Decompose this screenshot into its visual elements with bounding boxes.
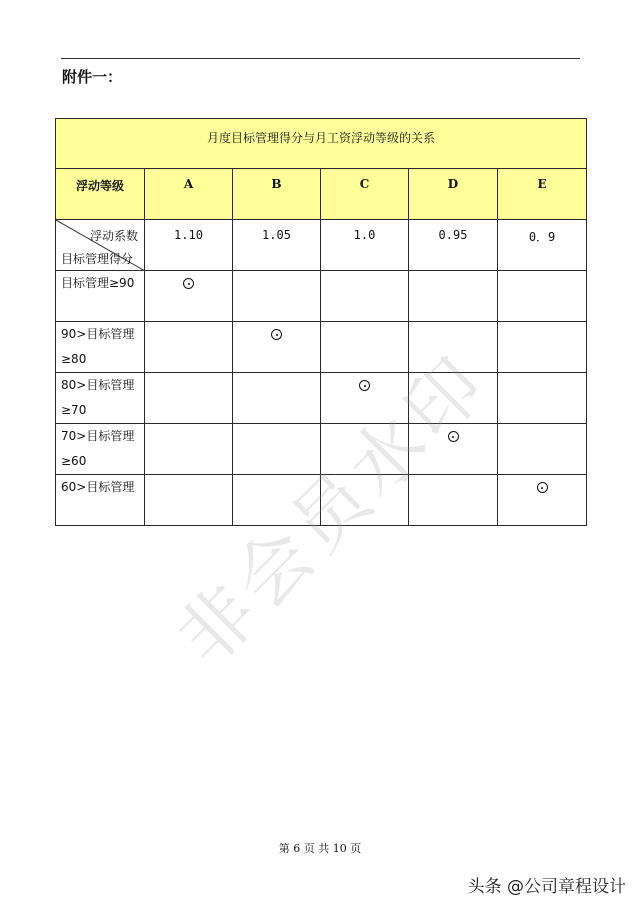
coefficient-value: 0．9 (498, 220, 587, 271)
grade-cell (321, 373, 409, 424)
header-rule (61, 58, 580, 59)
grade-cell (321, 475, 409, 526)
relationship-table: 月度目标管理得分与月工资浮动等级的关系 浮动等级 A B C D E 浮动系数 … (55, 118, 587, 526)
grade-cell (498, 475, 587, 526)
coefficient-value: 1.10 (145, 220, 233, 271)
coefficient-value: 1.05 (233, 220, 321, 271)
grade-cell (145, 271, 233, 322)
source-credit: 头条 @公司章程设计 (468, 872, 626, 897)
diagonal-header-cell: 浮动系数 目标管理得分 (56, 220, 145, 271)
score-range-label: 70>目标管理≥60 (56, 424, 145, 475)
score-row: 目标管理≥90 (56, 271, 587, 322)
grade-header: D (409, 169, 498, 220)
score-range-label: 90>目标管理≥80 (56, 322, 145, 373)
grade-cell (233, 475, 321, 526)
page-footer: 第 6 页 共 10 页 (0, 840, 640, 856)
grade-cell (409, 475, 498, 526)
score-range-label: 目标管理≥90 (56, 271, 145, 322)
grade-cell (409, 424, 498, 475)
grade-cell (321, 271, 409, 322)
attachment-label: 附件一： (62, 66, 122, 87)
grade-cell (321, 424, 409, 475)
grade-header: B (233, 169, 321, 220)
coefficient-value: 1.0 (321, 220, 409, 271)
score-row: 70>目标管理≥60 (56, 424, 587, 475)
grade-header: E (498, 169, 587, 220)
coefficient-value: 0.95 (409, 220, 498, 271)
circled-dot-icon (183, 278, 194, 289)
circled-dot-icon (448, 431, 459, 442)
circled-dot-icon (271, 329, 282, 340)
score-label: 目标管理得分 (61, 250, 133, 267)
grade-cell (233, 373, 321, 424)
grade-cell (498, 373, 587, 424)
grade-header: C (321, 169, 409, 220)
score-range-label: 80>目标管理≥70 (56, 373, 145, 424)
grade-cell (145, 424, 233, 475)
score-row: 60>目标管理 (56, 475, 587, 526)
score-range-label: 60>目标管理 (56, 475, 145, 526)
grade-cell (233, 271, 321, 322)
grade-cell (321, 322, 409, 373)
grade-cell (233, 424, 321, 475)
circled-dot-icon (359, 380, 370, 391)
grade-header-label: 浮动等级 (56, 169, 145, 220)
grade-cell (145, 322, 233, 373)
circled-dot-icon (537, 482, 548, 493)
grade-cell (409, 271, 498, 322)
grade-cell (498, 322, 587, 373)
score-row: 80>目标管理≥70 (56, 373, 587, 424)
grade-header-row: 浮动等级 A B C D E (56, 169, 587, 220)
coefficient-label: 浮动系数 (90, 227, 138, 244)
score-row: 90>目标管理≥80 (56, 322, 587, 373)
grade-cell (409, 322, 498, 373)
coefficient-row: 浮动系数 目标管理得分 1.10 1.05 1.0 0.95 0．9 (56, 220, 587, 271)
grade-cell (498, 271, 587, 322)
table-title: 月度目标管理得分与月工资浮动等级的关系 (56, 119, 587, 169)
grade-cell (233, 322, 321, 373)
grade-cell (409, 373, 498, 424)
grade-cell (145, 373, 233, 424)
grade-cell (498, 424, 587, 475)
grade-header: A (145, 169, 233, 220)
grade-cell (145, 475, 233, 526)
